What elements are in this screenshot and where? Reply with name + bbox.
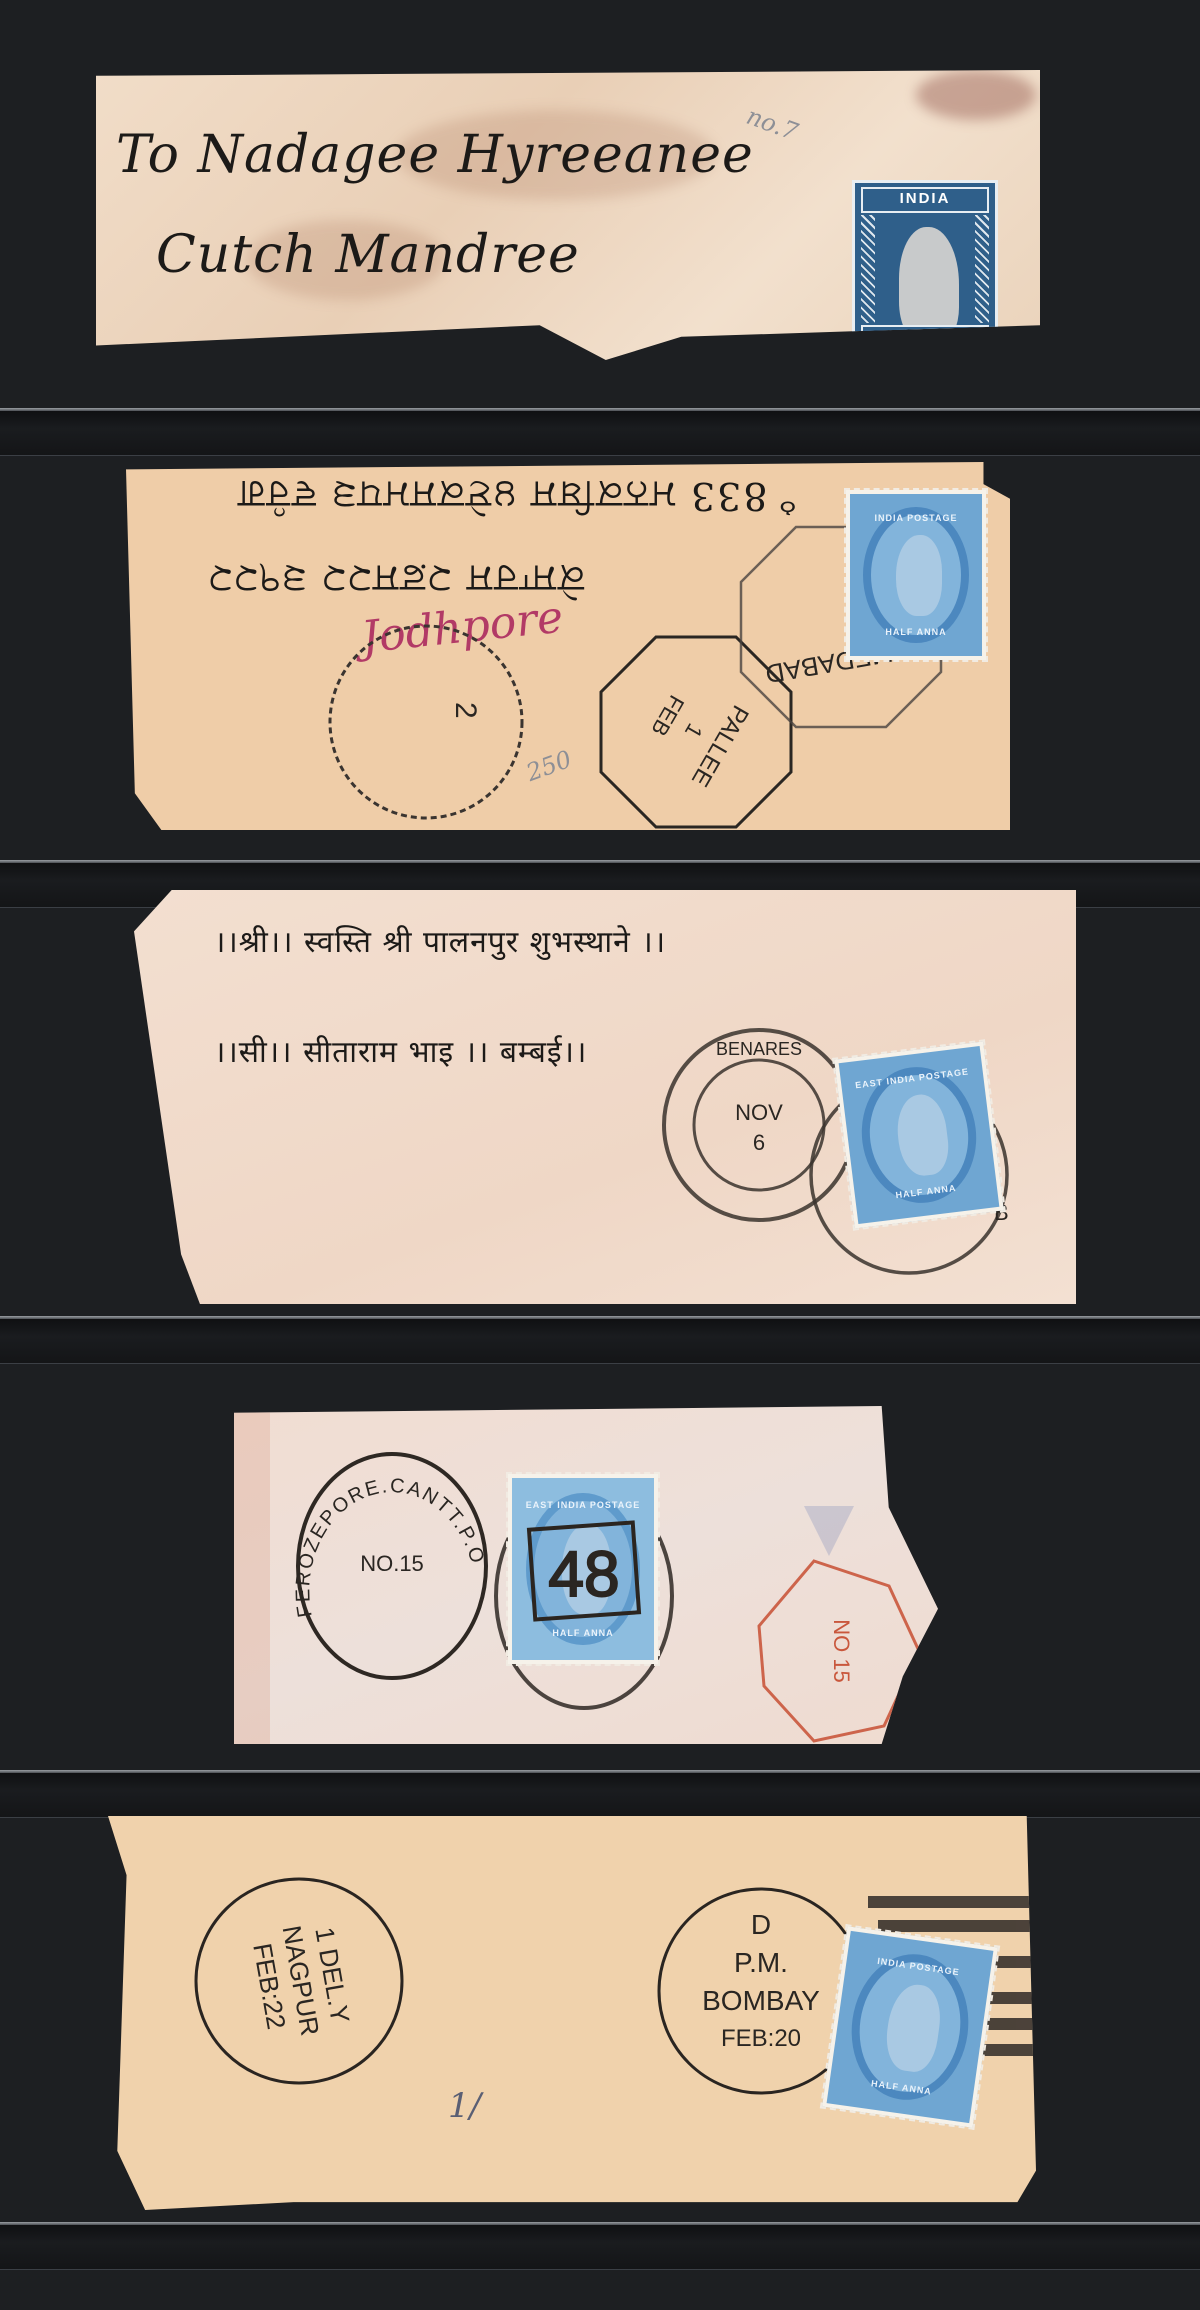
stockbook-divider-3 — [0, 1316, 1200, 1364]
script-line-1: ।।श्री।। स्वस्ति श्री पालनपुर शुभस्थाने … — [214, 920, 666, 961]
postmark-oval-ferozepore: FEROZEPORE.CANTT.P.O NO.15 — [292, 1446, 492, 1690]
postmark-circle-nagpur: 1 DEL.Y NAGPUR FEB:22 — [194, 1876, 404, 2090]
stamp-half-anna-blue: INDIA POSTAGE HALF ANNA — [846, 490, 986, 660]
svg-text:FEROZEPORE.CANTT.P.O: FEROZEPORE.CANTT.P.O — [292, 1475, 489, 1619]
svg-text:FEB:20: FEB:20 — [721, 2025, 801, 2052]
stamp-country: INDIA — [861, 187, 989, 213]
svg-text:2: 2 — [449, 702, 482, 719]
svg-text:6: 6 — [753, 1130, 765, 1155]
stockbook-divider-5 — [0, 2222, 1200, 2270]
stamp-half-anna-blue: EAST INDIA POSTAGE HALF ANNA — [834, 1041, 1004, 1228]
svg-text:1: 1 — [680, 719, 708, 742]
cover-5: 1 DEL.Y NAGPUR FEB:22 D P.M. BOMBAY FEB:… — [108, 1816, 1036, 2210]
stockbook-divider-1 — [0, 408, 1200, 456]
queen-portrait-icon — [896, 535, 942, 616]
postmark-circle-2-feb: 2 — [326, 622, 526, 826]
blue-crayon-mark — [804, 1506, 854, 1556]
svg-text:NOV: NOV — [735, 1100, 783, 1125]
svg-text:P.M.: P.M. — [734, 1947, 788, 1978]
postmark-numeral-48: 48 — [524, 1516, 644, 1630]
cover-4: FEROZEPORE.CANTT.P.O NO.15 EAST INDIA PO… — [234, 1406, 938, 1744]
stockbook-divider-4 — [0, 1770, 1200, 1818]
address-line-1: To Nadagee Hyreeanee — [116, 125, 754, 185]
script-line-1: ᅌ833 ਮਨਕਬਿਸ ੪ਏਕਸਮਧ੩ ਵਰੰਗ — [236, 472, 806, 527]
script-line-2: ।।सी।। सीताराम भाइ ।। बम्बई।। — [214, 1030, 587, 1071]
svg-text:BENARES: BENARES — [716, 1039, 802, 1059]
stamp-half-anna-blue: INDIA POSTAGE HALF ANNA — [822, 1926, 998, 2127]
svg-text:48: 48 — [548, 1538, 619, 1610]
stamp-value: HALF ANNA — [861, 325, 989, 351]
postmark-octagon-red: NO 15 — [754, 1556, 924, 1744]
address-line-2: Cutch Mandree — [156, 225, 580, 285]
svg-text:NO 15: NO 15 — [829, 1619, 854, 1683]
svg-text:FEB: FEB — [646, 691, 689, 741]
stamp-half-anna-lithograph: INDIA HALF ANNA — [852, 180, 998, 358]
pencil-note: 250 — [523, 745, 576, 787]
cover-2: ᅌ833 ਮਨਕਬਿਸ ੪ਏਕਸਮਧ੩ ਵਰੰਗ ਕੇਸਾਰਸ ੨ਫ਼ਸ੨੨ ੩… — [126, 462, 1010, 830]
svg-text:D: D — [751, 1909, 771, 1940]
svg-text:NO.15: NO.15 — [360, 1551, 424, 1576]
cover-1: To Nadagee Hyreeanee Cutch Mandree no.7 … — [96, 70, 1040, 360]
svg-text:BOMBAY: BOMBAY — [702, 1985, 820, 2016]
pencil-note: 1/ — [448, 2086, 481, 2126]
cover-3: ।।श्री।। स्वस्ति श्री पालनपुर शुभस्थाने … — [134, 890, 1076, 1304]
